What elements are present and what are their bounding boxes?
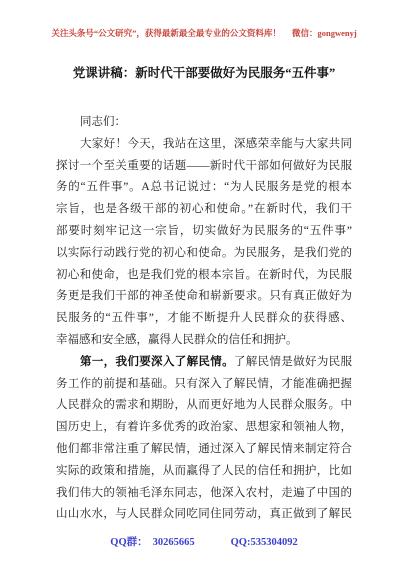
body-line: 大家好！今天，我站在这里，深感荣幸能与大家共同 xyxy=(56,134,352,156)
qq-group-contact: QQ群：30265665 xyxy=(110,535,194,550)
body-line: 务的“五件事”。A总书记说过：“为人民服务是党的根本 xyxy=(56,177,352,199)
body-line-rest: 了解民情是做好为民服 xyxy=(234,356,352,368)
body-line: 务工作的前提和基础。只有深入了解民情，才能准确把握 xyxy=(56,374,352,396)
qq-label: QQ: xyxy=(231,537,251,548)
body-line: 初心和使命，也是我们党的根本宗旨。在新时代，为民服 xyxy=(56,265,352,287)
header-wechat-text: 微信：gongwenyj xyxy=(292,28,357,38)
body-line: 民服务的“五件事”，才能不断提升人民群众的获得感、 xyxy=(56,308,352,330)
body-line: 幸福感和安全感，赢得人民群众的信任和拥护。 xyxy=(56,330,352,352)
body-line: 山山水水，与人民群众同吃同住同劳动，真正做到了解民 xyxy=(56,504,352,526)
qq-group-number: 30265665 xyxy=(153,537,195,548)
body-line: 探讨一个至关重要的话题——新时代干部如何做好为民服 xyxy=(56,156,352,178)
body-line: 部要时刻牢记这一宗旨，切实做好为民服务的“五件事” xyxy=(56,221,352,243)
footer-contacts: QQ群：30265665 QQ:535304092 xyxy=(0,535,408,550)
body-line: 同志们： xyxy=(56,112,352,134)
document-title: 党课讲稿：新时代干部要做好为民服务“五件事” xyxy=(0,64,408,82)
body-line: 国历史上，有着许多优秀的政治家、思想家和领袖人物， xyxy=(56,417,352,439)
document-page: 关注头条号“公文研究”，获得最新最全最专业的公文资料库！ 微信：gongweny… xyxy=(0,0,408,580)
body-line: 我们伟大的领袖毛泽东同志，他深入农村，走遍了中国的 xyxy=(56,483,352,505)
header-promo-banner: 关注头条号“公文研究”，获得最新最全最专业的公文资料库！ 微信：gongweny… xyxy=(0,27,408,39)
body-line: 务更是我们干部的神圣使命和崭新要求。只有真正做好为 xyxy=(56,286,352,308)
qq-number: 535304092 xyxy=(250,537,297,548)
qq-contact: QQ:535304092 xyxy=(231,535,298,550)
body-line-lead-bold: 第一，我们要深入了解民情。 xyxy=(80,356,234,368)
body-line: 第一，我们要深入了解民情。了解民情是做好为民服 xyxy=(56,352,352,374)
document-body: 同志们： 大家好！今天，我站在这里，深感荣幸能与大家共同 探讨一个至关重要的话题… xyxy=(56,112,352,526)
header-promo-text: 关注头条号“公文研究”，获得最新最全最专业的公文资料库！ xyxy=(51,28,281,38)
body-line: 人民群众的需求和期盼，从而更好地为人民群众服务。中 xyxy=(56,395,352,417)
qq-group-label: QQ群： xyxy=(110,537,147,548)
body-line: 他们都非常注重了解民情，通过深入了解民情来制定符合 xyxy=(56,439,352,461)
body-line: 实际的政策和措施，从而赢得了人民的信任和拥护，比如 xyxy=(56,461,352,483)
body-line: 以实际行动践行党的初心和使命。为民服务，是我们党的 xyxy=(56,243,352,265)
body-line: 宗旨，也是各级干部的初心和使命。”在新时代，我们干 xyxy=(56,199,352,221)
